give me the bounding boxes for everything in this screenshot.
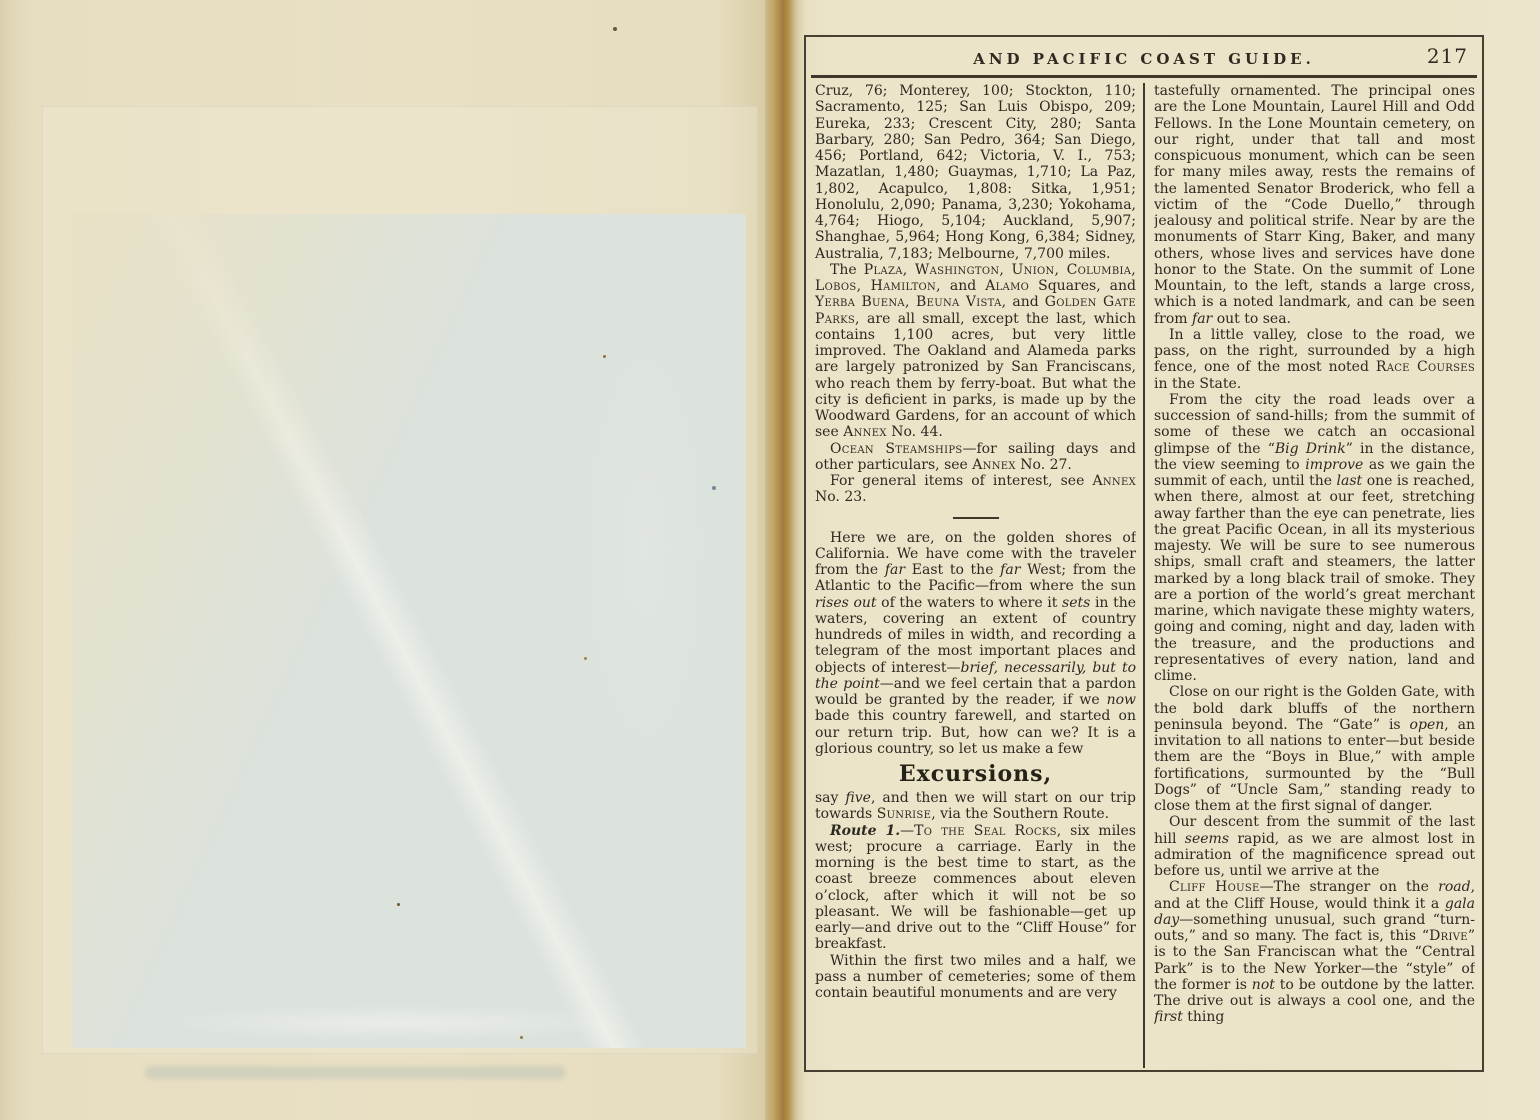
- left-page: [0, 0, 765, 1120]
- paragraph: Route 1.—To the Seal Rocks, six miles we…: [815, 823, 1136, 953]
- text-column-right: tastefully ornamented. The principal one…: [1154, 83, 1475, 1068]
- book-gutter: [765, 0, 805, 1120]
- section-divider-rule: [953, 517, 999, 519]
- paragraph: Ocean Steamships—for sailing days and ot…: [815, 441, 1136, 474]
- page-number: 217: [1427, 44, 1468, 68]
- paper-speck: [584, 657, 587, 660]
- column-divider: [1143, 83, 1145, 1068]
- paper-speck: [603, 355, 606, 358]
- running-title: AND PACIFIC COAST GUIDE.: [806, 50, 1482, 68]
- paper-speck: [613, 27, 617, 31]
- page-header: AND PACIFIC COAST GUIDE. 217: [806, 37, 1482, 75]
- paragraph: Within the first two miles and a half, w…: [815, 953, 1136, 1002]
- paragraph: tastefully ornamented. The principal one…: [1154, 83, 1475, 327]
- text-column-left: Cruz, 76; Monterey, 100; Stockton, 110; …: [815, 83, 1136, 1068]
- paper-speck: [520, 1036, 523, 1039]
- text-columns: Cruz, 76; Monterey, 100; Stockton, 110; …: [806, 78, 1482, 1070]
- paragraph: In a little valley, close to the road, w…: [1154, 327, 1475, 392]
- paper-speck: [712, 486, 716, 490]
- caption-show-through: [145, 1066, 565, 1079]
- paper-speck: [397, 903, 400, 906]
- paragraph: say five, and then we will start on our …: [815, 790, 1136, 823]
- page-frame: AND PACIFIC COAST GUIDE. 217 Cruz, 76; M…: [804, 35, 1484, 1072]
- paragraph: Here we are, on the golden shores of Cal…: [815, 530, 1136, 758]
- right-page: AND PACIFIC COAST GUIDE. 217 Cruz, 76; M…: [805, 0, 1540, 1120]
- paragraph: Close on our right is the Golden Gate, w…: [1154, 684, 1475, 814]
- book-spread: AND PACIFIC COAST GUIDE. 217 Cruz, 76; M…: [0, 0, 1540, 1120]
- paragraph: Cliff House—The stranger on the road, an…: [1154, 879, 1475, 1025]
- paragraph: For general items of interest, see Annex…: [815, 473, 1136, 506]
- paragraph: Our descent from the summit of the last …: [1154, 814, 1475, 879]
- plate-backing-sheet: [42, 106, 758, 1054]
- paragraph: From the city the road leads over a succ…: [1154, 392, 1475, 685]
- engraving-show-through: [72, 214, 746, 1048]
- paragraph: Cruz, 76; Monterey, 100; Stockton, 110; …: [815, 83, 1136, 262]
- excursions-heading: Excursions,: [815, 761, 1136, 787]
- paragraph: The Plaza, Washington, Union, Columbia, …: [815, 262, 1136, 441]
